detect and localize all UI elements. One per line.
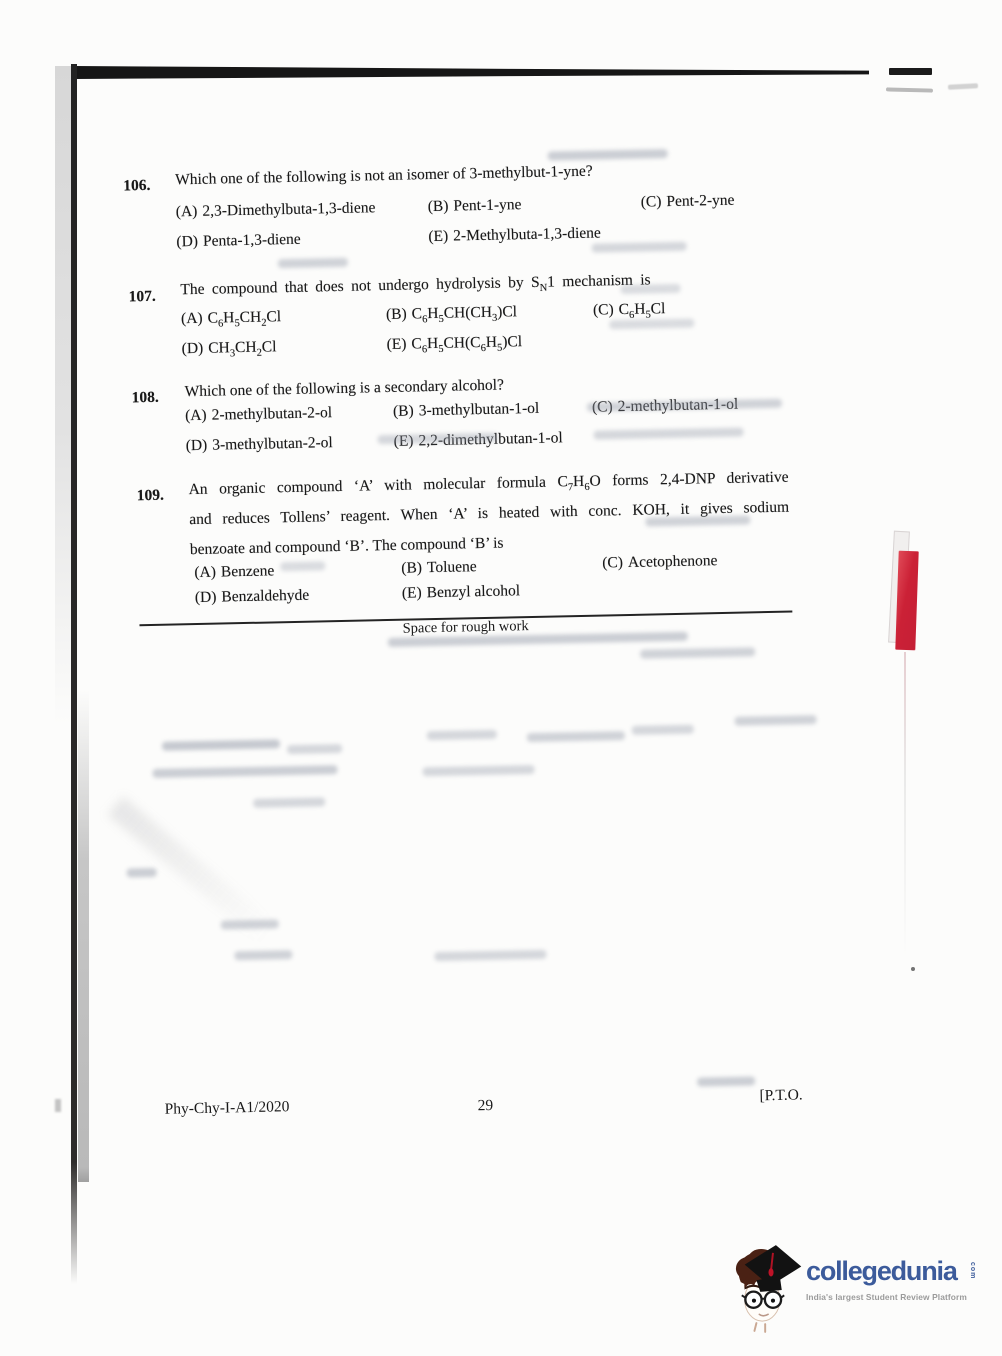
collegedunia-tagline: India's largest Student Review Platform bbox=[806, 1292, 967, 1302]
question-109-option-B: (B)Toluene bbox=[401, 558, 477, 578]
collegedunia-brand-text: collegedunia bbox=[806, 1256, 957, 1287]
option-text: Benzaldehyde bbox=[221, 587, 309, 606]
option-label: (D) bbox=[182, 340, 204, 357]
bleedthrough-mark bbox=[127, 868, 157, 878]
option-label: (D) bbox=[176, 233, 198, 250]
footer-page-number: 29 bbox=[477, 1097, 493, 1115]
option-label: (A) bbox=[176, 203, 198, 220]
collegedunia-mascot-icon bbox=[733, 1240, 811, 1336]
question-109-option-E: (E)Benzyl alcohol bbox=[402, 582, 521, 602]
question-106-option-C: (C)Pent-2-yne bbox=[641, 192, 735, 212]
option-label: (C) bbox=[602, 554, 623, 571]
question-107-option-E: (E)C6H5CH(C6H5)Cl bbox=[386, 333, 522, 356]
option-label: (D) bbox=[195, 589, 217, 606]
bleedthrough-mark bbox=[697, 1076, 755, 1086]
bleedthrough-mark bbox=[427, 730, 497, 740]
option-label: (A) bbox=[181, 310, 203, 327]
bleedthrough-mark bbox=[640, 647, 755, 658]
bleedthrough-mark bbox=[632, 725, 694, 735]
bleedthrough-mark bbox=[645, 515, 750, 526]
option-text: 3-methylbutan-2-ol bbox=[212, 434, 333, 454]
bleedthrough-mark bbox=[620, 284, 680, 294]
bleedthrough-mark bbox=[162, 739, 280, 750]
question-106-option-B: (B)Pent-1-yne bbox=[428, 196, 522, 216]
question-108-stem: Which one of the following is a secondar… bbox=[184, 377, 504, 402]
question-106-option-D: (D)Penta-1,3-diene bbox=[176, 231, 301, 252]
bleedthrough-mark bbox=[253, 797, 325, 808]
option-text: CH3CH2Cl bbox=[208, 338, 277, 356]
option-label: (B) bbox=[386, 306, 407, 323]
collegedunia-tld-text: com bbox=[969, 1262, 976, 1279]
option-label: (E) bbox=[428, 228, 448, 245]
bleedthrough-mark bbox=[287, 744, 342, 754]
bleedthrough-mark bbox=[735, 715, 817, 726]
question-108-option-A: (A)2-methylbutan-2-ol bbox=[185, 404, 332, 425]
bleedthrough-mark bbox=[234, 950, 292, 960]
question-109-stem-line1: An organic compound ‘A’ with molecular f… bbox=[188, 469, 788, 502]
option-label: (A) bbox=[185, 407, 207, 424]
question-107-option-A: (A)C6H5CH2Cl bbox=[181, 308, 281, 330]
question-109-option-A: (A)Benzene bbox=[194, 562, 274, 582]
option-label: (D) bbox=[186, 437, 208, 454]
option-text: Acetophenone bbox=[628, 552, 718, 571]
option-text: Pent-1-yne bbox=[453, 196, 521, 214]
option-text: C6H5CH(CH3)Cl bbox=[412, 303, 518, 322]
option-label: (A) bbox=[194, 564, 216, 581]
question-106-option-A: (A)2,3-Dimethylbuta-1,3-diene bbox=[176, 199, 376, 221]
bleedthrough-mark bbox=[434, 950, 546, 961]
question-108-option-D: (D)3-methylbutan-2-ol bbox=[186, 434, 333, 455]
option-text: 2,3-Dimethylbuta-1,3-diene bbox=[202, 199, 375, 220]
question-107-option-D: (D)CH3CH2Cl bbox=[182, 338, 277, 360]
bleedthrough-mark bbox=[527, 731, 625, 742]
bleedthrough-mark bbox=[609, 319, 694, 330]
option-text: C6H5CH(C6H5)Cl bbox=[411, 333, 522, 352]
question-109-stem-line3: benzoate and compound ‘B’. The compound … bbox=[190, 535, 504, 560]
bleedthrough-mark bbox=[278, 258, 348, 268]
question-109-option-C: (C)Acetophenone bbox=[602, 552, 718, 572]
option-label: (B) bbox=[401, 559, 422, 576]
bleedthrough-mark bbox=[592, 242, 687, 253]
question-109-option-D: (D)Benzaldehyde bbox=[195, 587, 310, 607]
bleedthrough-mark bbox=[423, 765, 535, 776]
option-text: Benzyl alcohol bbox=[426, 582, 520, 601]
option-text: 3-methylbutan-1-ol bbox=[419, 400, 540, 420]
option-label: (C) bbox=[641, 193, 662, 210]
bleedthrough-mark bbox=[152, 765, 337, 778]
scanned-exam-page: 106. Which one of the following is not a… bbox=[0, 0, 1002, 1356]
question-107-number: 107. bbox=[128, 288, 155, 307]
option-text: 2-methylbutan-2-ol bbox=[211, 404, 332, 424]
option-label: (C) bbox=[593, 301, 614, 318]
footer-pto-label: [P.T.O. bbox=[759, 1086, 803, 1105]
question-106-number: 106. bbox=[123, 177, 150, 196]
question-108-number: 108. bbox=[132, 389, 159, 408]
question-107-option-B: (B)C6H5CH(CH3)Cl bbox=[386, 303, 517, 326]
option-text: C6H5CH2Cl bbox=[207, 308, 281, 327]
question-106-stem: Which one of the following is not an iso… bbox=[175, 163, 593, 190]
option-text: Benzene bbox=[221, 562, 275, 580]
question-108-option-B: (B)3-methylbutan-1-ol bbox=[393, 400, 540, 421]
question-109-number: 109. bbox=[137, 487, 164, 506]
option-text: 2-Methylbuta-1,3-diene bbox=[453, 224, 601, 244]
bleedthrough-mark bbox=[221, 919, 279, 929]
question-107-stem: The compound that does not undergo hydro… bbox=[180, 271, 651, 301]
option-text: C6H5Cl bbox=[618, 300, 665, 318]
question-106-option-E: (E)2-Methylbuta-1,3-diene bbox=[428, 224, 601, 246]
option-label: (B) bbox=[393, 402, 414, 419]
bleedthrough-mark bbox=[594, 428, 744, 440]
option-label: (E) bbox=[402, 584, 422, 601]
bleedthrough-mark bbox=[280, 561, 325, 571]
option-text: Toluene bbox=[427, 558, 477, 576]
option-text: Penta-1,3-diene bbox=[203, 231, 301, 250]
option-label: (E) bbox=[386, 336, 406, 353]
option-label: (B) bbox=[428, 198, 449, 215]
page-content: 106. Which one of the following is not a… bbox=[0, 0, 1002, 1356]
footer-paper-code: Phy-Chy-I-A1/2020 bbox=[164, 1098, 289, 1119]
bleedthrough-mark bbox=[548, 149, 668, 161]
option-text: Pent-2-yne bbox=[666, 192, 734, 210]
